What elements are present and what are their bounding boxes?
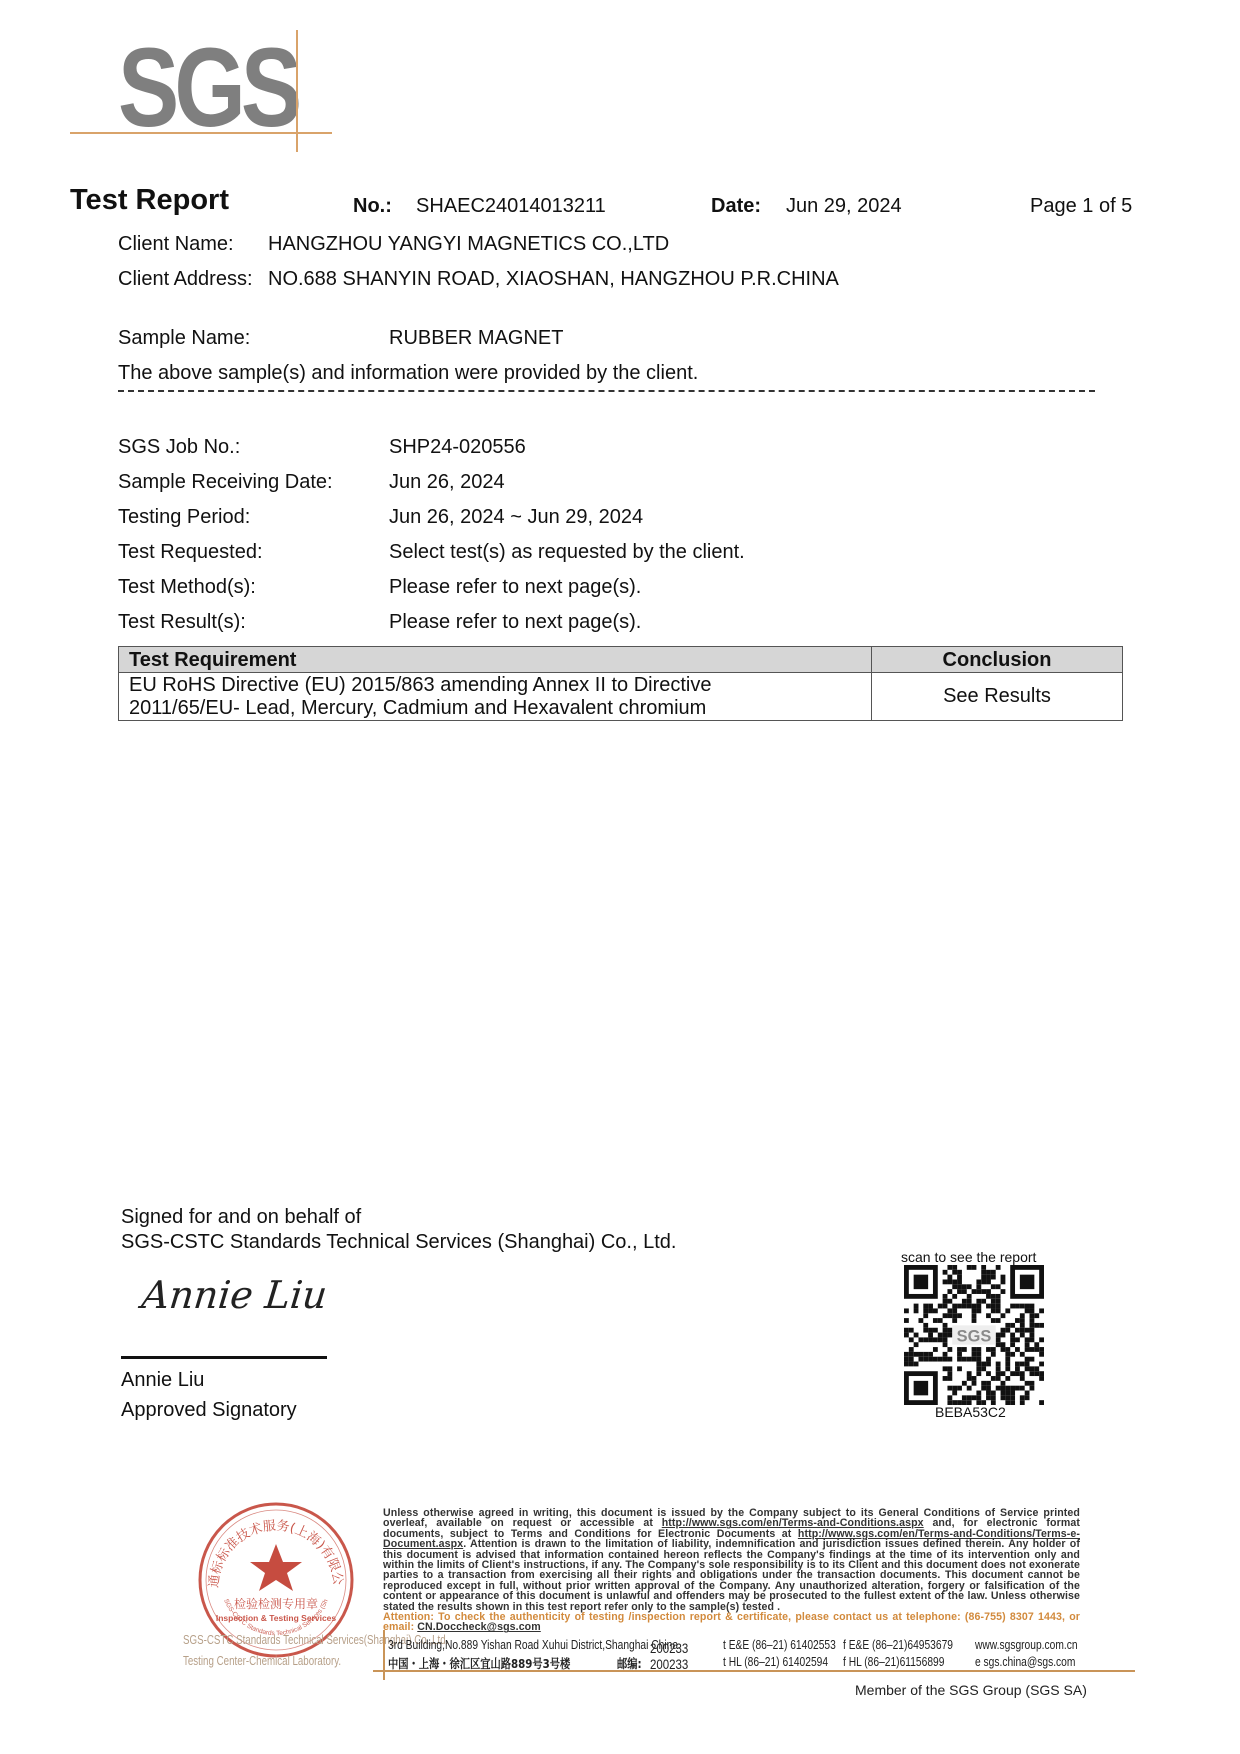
column-header-conclusion: Conclusion bbox=[872, 647, 1123, 673]
sample-name: RUBBER MAGNET bbox=[389, 327, 563, 350]
job-field-value: Jun 26, 2024 bbox=[389, 471, 505, 494]
footer-website-link[interactable]: www.sgsgroup.com.cn bbox=[975, 1638, 1078, 1652]
legal-disclaimer: Unless otherwise agreed in writing, this… bbox=[383, 1508, 1080, 1633]
footer-tel-hl: t HL (86–21) 61402594 bbox=[723, 1655, 828, 1669]
job-field-label: Test Result(s): bbox=[118, 611, 246, 634]
requirement-line: EU RoHS Directive (EU) 2015/863 amending… bbox=[129, 674, 861, 697]
job-field-value: Please refer to next page(s). bbox=[389, 611, 641, 634]
qr-verification-code: BEBA53C2 bbox=[935, 1404, 1006, 1420]
column-header-test-requirement: Test Requirement bbox=[119, 647, 872, 673]
client-address: NO.688 SHANYIN ROAD, XIAOSHAN, HANGZHOU … bbox=[268, 268, 839, 291]
footer-postcode-cn-label: 邮编: bbox=[617, 1654, 642, 1672]
footer-fax-ee: f E&E (86–21)64953679 bbox=[843, 1638, 953, 1652]
client-address-label: Client Address: bbox=[118, 268, 253, 291]
disclaimer-text: . Attention is drawn to the limitation o… bbox=[383, 1538, 1080, 1612]
report-number: SHAEC24014013211 bbox=[416, 195, 606, 218]
report-date: Jun 29, 2024 bbox=[786, 195, 902, 218]
sgs-logo: SGS bbox=[118, 32, 297, 144]
page-indicator: Page 1 of 5 bbox=[1030, 195, 1132, 218]
conclusion-cell: See Results bbox=[872, 673, 1123, 721]
logo-horizontal-rule bbox=[70, 132, 332, 134]
signatory-name: Annie Liu bbox=[121, 1369, 204, 1392]
svg-text:SGS: SGS bbox=[957, 1327, 992, 1345]
requirement-line: 2011/65/EU- Lead, Mercury, Cadmium and H… bbox=[129, 697, 861, 720]
footer-postcode-en: 200233 bbox=[650, 1640, 688, 1656]
signature-line bbox=[121, 1356, 327, 1359]
job-field-value: SHP24-020556 bbox=[389, 436, 526, 459]
job-field-label: SGS Job No.: bbox=[118, 436, 240, 459]
footer-postcode-cn: 200233 bbox=[650, 1656, 688, 1672]
report-date-label: Date: bbox=[711, 195, 761, 218]
footer-address-cn: 中国・上海・徐汇区宜山路889号3号楼 bbox=[388, 1654, 570, 1672]
footer-email-link[interactable]: e sgs.china@sgs.com bbox=[975, 1655, 1075, 1669]
job-field-label: Test Requested: bbox=[118, 541, 263, 564]
signed-on-behalf-label: Signed for and on behalf of bbox=[121, 1206, 361, 1229]
dashed-separator bbox=[118, 390, 1095, 392]
stamp-caption-lab: Testing Center-Chemical Laboratory. bbox=[183, 1654, 341, 1668]
logo-vertical-rule bbox=[296, 30, 298, 152]
report-title: Test Report bbox=[70, 184, 229, 217]
job-field-label: Testing Period: bbox=[118, 506, 250, 529]
sample-name-label: Sample Name: bbox=[118, 327, 250, 350]
job-field-value: Jun 26, 2024 ~ Jun 29, 2024 bbox=[389, 506, 643, 529]
signing-company: SGS-CSTC Standards Technical Services (S… bbox=[121, 1231, 676, 1254]
footer-address-en: 3rd Building,No.889 Yishan Road Xuhui Di… bbox=[388, 1638, 678, 1652]
qr-code-icon[interactable]: SGS bbox=[904, 1265, 1044, 1405]
footer-tel-ee: t E&E (86–21) 61402553 bbox=[723, 1638, 836, 1652]
test-requirement-cell: EU RoHS Directive (EU) 2015/863 amending… bbox=[119, 673, 872, 721]
client-name-label: Client Name: bbox=[118, 233, 234, 256]
sgs-group-membership: Member of the SGS Group (SGS SA) bbox=[855, 1682, 1087, 1698]
signatory-role: Approved Signatory bbox=[121, 1399, 297, 1422]
table-row: EU RoHS Directive (EU) 2015/863 amending… bbox=[119, 673, 1123, 721]
job-field-value: Select test(s) as requested by the clien… bbox=[389, 541, 745, 564]
svg-text:检验检测专用章: 检验检测专用章 bbox=[234, 1596, 318, 1611]
sample-note: The above sample(s) and information were… bbox=[118, 362, 698, 385]
qr-caption: scan to see the report bbox=[901, 1249, 1036, 1265]
footer-fax-hl: f HL (86–21)61156899 bbox=[843, 1655, 944, 1669]
report-number-label: No.: bbox=[353, 195, 392, 218]
handwritten-signature: Annie Liu bbox=[140, 1273, 330, 1317]
svg-text:Inspection & Testing Services: Inspection & Testing Services bbox=[216, 1613, 337, 1623]
footer-vertical-rule bbox=[383, 1630, 385, 1680]
test-requirement-table: Test Requirement Conclusion EU RoHS Dire… bbox=[118, 646, 1123, 721]
client-name: HANGZHOU YANGYI MAGNETICS CO.,LTD bbox=[268, 233, 669, 256]
job-field-label: Test Method(s): bbox=[118, 576, 256, 599]
job-field-label: Sample Receiving Date: bbox=[118, 471, 333, 494]
doccheck-email-link[interactable]: CN.Doccheck@sgs.com bbox=[417, 1621, 541, 1633]
job-field-value: Please refer to next page(s). bbox=[389, 576, 641, 599]
